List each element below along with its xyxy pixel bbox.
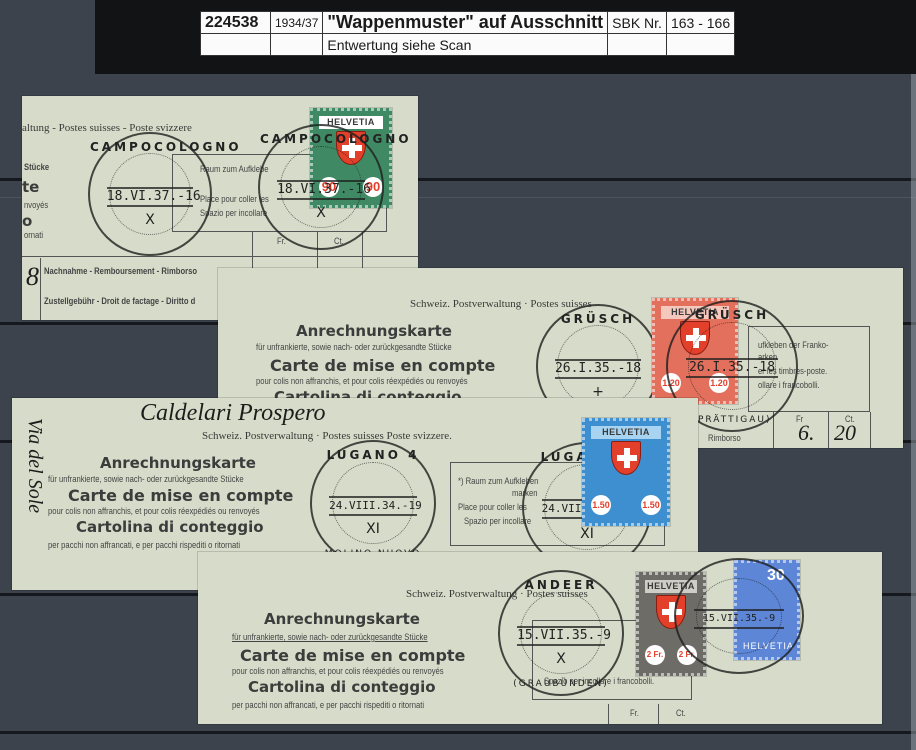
- subtitle-de: für unfrankierte, sowie nach- oder zurüc…: [48, 474, 244, 484]
- postmark: CAMPOCOLOGNO 18.VI.37.-16 X: [88, 132, 212, 256]
- catalog-range: 163 - 166: [666, 12, 734, 34]
- footer-divider: [22, 256, 418, 257]
- box-text: Spazio per incollare: [464, 516, 531, 526]
- empty-cell: [271, 34, 323, 56]
- postmark: LUGANO 4 24.VIII.34.-19 XI MOLINO NUOVO: [310, 440, 436, 566]
- title-fr: Carte de mise en compte: [68, 486, 293, 505]
- empty-cell: [666, 34, 734, 56]
- box-text: Raum zum Aufklebe: [200, 164, 268, 174]
- subtitle-de: für unfrankierte, sowie nach- oder zurüc…: [256, 342, 452, 352]
- subtitle-fr: pour colis non affranchis, et pour colis…: [232, 666, 444, 676]
- side-text: Stücke: [24, 162, 49, 172]
- side-text: o: [22, 212, 32, 230]
- lot-number: 224538: [201, 12, 271, 34]
- handwritten-name: Caldelari Prospero: [140, 400, 326, 427]
- column-divider: [828, 412, 829, 448]
- column-divider: [252, 232, 253, 268]
- postmark: 15.VII.35.-9: [674, 558, 804, 674]
- cover-piece-andeer[interactable]: Schweiz. Postverwaltung · Postes suisses…: [198, 552, 882, 724]
- column-fr: Fr.: [630, 708, 639, 718]
- card-header: Schweiz. Postverwaltung · Postes suisses…: [202, 430, 452, 442]
- title-de: Anrechnungskarte: [296, 322, 452, 340]
- title-it: Cartolina di conteggio: [76, 518, 264, 536]
- handwritten-mark: 8: [26, 262, 39, 292]
- title-de: Anrechnungskarte: [100, 454, 256, 472]
- column-divider: [608, 704, 609, 724]
- postmark: CAMPOCOLOGNO 18.VI.37.-16 X: [258, 124, 384, 250]
- cancellation-note: Entwertung siehe Scan: [323, 34, 608, 56]
- title-fr: Carte de mise en compte: [240, 646, 465, 665]
- lot-label-table: 224538 1934/37 "Wappenmuster" auf Aussch…: [200, 11, 735, 56]
- empty-cell: [608, 34, 667, 56]
- catalog-label: SBK Nr.: [608, 12, 667, 34]
- subtitle-de: für unfrankierte, sowie nach- oder zurüc…: [232, 632, 428, 642]
- card-header: Schweiz. Postverwaltung · Postes suisses: [410, 298, 592, 310]
- postmark: ANDEER 15.VII.35.-9 X (GRAUBÜNDEN): [498, 570, 624, 696]
- column-divider: [658, 704, 659, 724]
- lot-title: "Wappenmuster" auf Ausschnitt: [323, 12, 608, 34]
- stamp-country: HELVETIA: [591, 426, 661, 439]
- stamp-value: 1.50: [641, 495, 661, 515]
- stockbook-strip-edge: [0, 731, 916, 734]
- box-text: Place pour coller les: [458, 502, 527, 512]
- side-text: ornati: [24, 230, 43, 240]
- column-ct: Ct.: [676, 708, 686, 718]
- box-text: Spazio per incollare: [200, 208, 267, 218]
- footer-line-2: Zustellgebühr - Droit de factage - Dirit…: [44, 296, 195, 306]
- swiss-shield-icon: [611, 441, 641, 475]
- subtitle-it: per pacchi non affrancati, e per pacchi …: [48, 540, 240, 550]
- footer-divider: [40, 258, 41, 320]
- subtitle-it: per pacchi non affrancati, e per pacchi …: [232, 700, 424, 710]
- card-header: altung - Postes suisses - Poste svizzere: [22, 122, 192, 134]
- side-text: nvoyés: [24, 200, 48, 210]
- subtitle-fr: pour colis non affranchis, et pour colis…: [48, 506, 260, 516]
- amount-francs: 6.: [798, 420, 815, 446]
- empty-cell: [201, 34, 271, 56]
- column-divider: [870, 412, 871, 448]
- footer-rimborso: Rimborso: [708, 433, 741, 443]
- stamp-value: 1.50: [591, 495, 611, 515]
- stamp-value: 2 Fr.: [645, 645, 665, 665]
- title-de: Anrechnungskarte: [264, 610, 420, 628]
- title-it: Cartolina di conteggio: [248, 678, 436, 696]
- side-text: te: [22, 178, 39, 196]
- lot-years: 1934/37: [271, 12, 323, 34]
- page-edge: [911, 0, 916, 750]
- amount-centimes: 20: [834, 420, 856, 446]
- subtitle-fr: pour colis non affranchis, et pour colis…: [256, 376, 468, 386]
- handwritten-side: Via del Sole: [23, 418, 46, 513]
- stamp-1-50-blue[interactable]: HELVETIA 1.50 1.50: [582, 418, 670, 526]
- column-divider: [362, 232, 363, 268]
- title-fr: Carte de mise en compte: [270, 356, 495, 375]
- footer-line-1: Nachnahme - Remboursement - Rimborso: [44, 266, 197, 276]
